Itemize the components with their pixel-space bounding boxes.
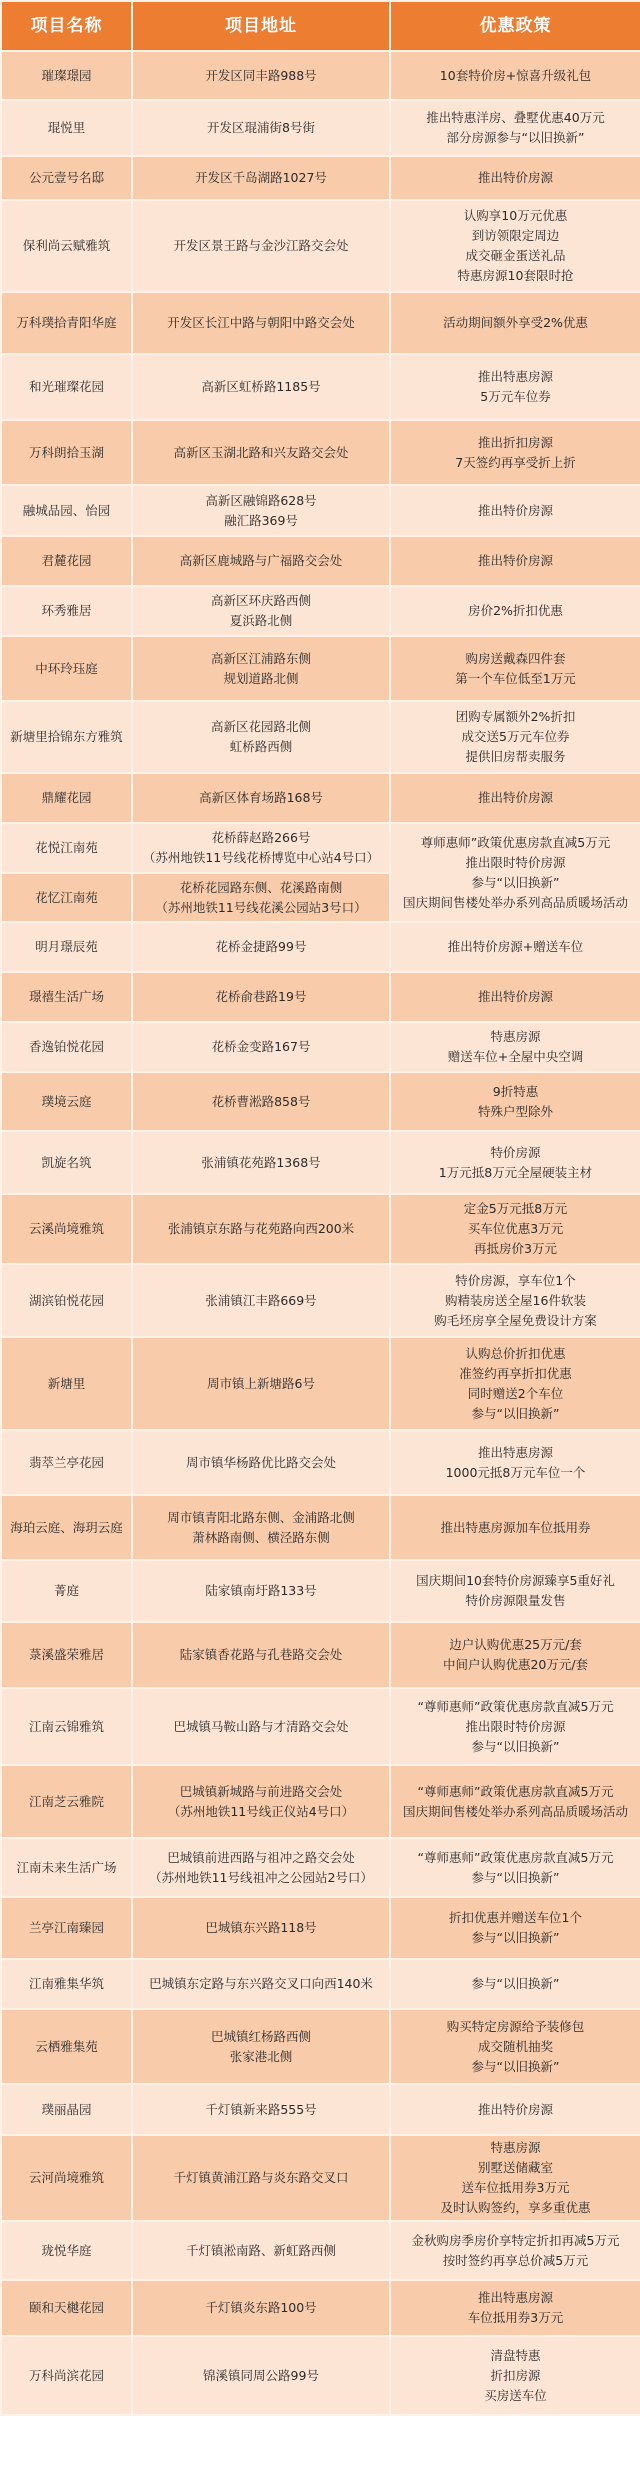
- project-name-cell: 江南云锦雅筑: [1, 1688, 132, 1765]
- table-row: 公元壹号名邸开发区千岛湖路1027号推出特价房源: [1, 156, 640, 200]
- table-row: 兰亭江南臻园巴城镇东兴路118号折扣优惠并赠送车位1个 参与“以旧换新”: [1, 1897, 640, 1959]
- promotion-policy-cell: 特惠房源 赠送车位+全屋中央空调: [390, 1022, 640, 1072]
- project-name-cell: 菉溪盛荣雅居: [1, 1622, 132, 1688]
- project-address-cell: 花桥曹淞路858号: [132, 1072, 390, 1131]
- header-row: 项目名称 项目地址 优惠政策: [1, 1, 640, 51]
- header-project-address: 项目地址: [132, 1, 390, 51]
- table-row: 湖滨铂悦花园张浦镇江丰路669号特价房源，享车位1个 购精装房送全屋16件软装 …: [1, 1264, 640, 1337]
- promotion-policy-cell: 推出特惠房源加车位抵用券: [390, 1495, 640, 1560]
- project-address-cell: 千灯镇新来路555号: [132, 2084, 390, 2135]
- project-name-cell: 璞丽晶园: [1, 2084, 132, 2135]
- project-address-cell: 花桥俞巷路19号: [132, 972, 390, 1022]
- promotion-policy-cell: 推出特惠洋房、叠墅优惠40万元 部分房源参与“以旧换新”: [390, 100, 640, 156]
- project-address-cell: 高新区环庆路西侧 夏浜路北侧: [132, 586, 390, 636]
- project-name-cell: 湖滨铂悦花园: [1, 1264, 132, 1337]
- project-address-cell: 高新区花园路北侧 虹桥路西侧: [132, 701, 390, 773]
- project-address-cell: 高新区虹桥路1185号: [132, 354, 390, 420]
- project-address-cell: 花桥金捷路99号: [132, 922, 390, 972]
- table-row: 璞丽晶园千灯镇新来路555号推出特价房源: [1, 2084, 640, 2135]
- project-name-cell: 璀璨璟园: [1, 51, 132, 100]
- project-name-cell: 颐和天樾花园: [1, 2280, 132, 2336]
- header-promotion-policy: 优惠政策: [390, 1, 640, 51]
- project-address-cell: 张浦镇花苑路1368号: [132, 1131, 390, 1194]
- promotion-policy-cell: 清盘特惠 折扣房源 买房送车位: [390, 2336, 640, 2415]
- table-row: 凯旋名筑张浦镇花苑路1368号特价房源 1万元抵8万元全屋硬装主材: [1, 1131, 640, 1194]
- project-address-cell: 周市镇青阳北路东侧、金浦路北侧 萧林路南侧、横泾路东侧: [132, 1495, 390, 1560]
- project-name-cell: 云溪尚境雅筑: [1, 1194, 132, 1264]
- promotion-policy-cell: 推出特惠房源 5万元车位券: [390, 354, 640, 420]
- project-address-cell: 张浦镇京东路与花苑路向西200米: [132, 1194, 390, 1264]
- promotion-policy-cell: 购买特定房源给予装修包 成交随机抽奖 参与“以旧换新”: [390, 2009, 640, 2084]
- project-address-cell: 花桥薛赵路266号 （苏州地铁11号线花桥博览中心站4号口）: [132, 823, 390, 873]
- promotion-policy-cell: 推出特惠房源 1000元抵8万元车位一个: [390, 1430, 640, 1495]
- table-row: 颐和天樾花园千灯镇炎东路100号推出特惠房源 车位抵用券3万元: [1, 2280, 640, 2336]
- project-address-cell: 陆家镇南圩路133号: [132, 1560, 390, 1622]
- project-address-cell: 开发区长江中路与朝阳中路交会处: [132, 292, 390, 354]
- table-row: 保利尚云赋雅筑开发区景王路与金沙江路交会处认购享10万元优惠 到访领限定周边 成…: [1, 200, 640, 292]
- project-name-cell: 凯旋名筑: [1, 1131, 132, 1194]
- project-address-cell: 张浦镇江丰路669号: [132, 1264, 390, 1337]
- promotion-policy-cell: 参与“以旧换新”: [390, 1959, 640, 2009]
- project-name-cell: 璞境云庭: [1, 1072, 132, 1131]
- promotion-policy-cell: 推出特价房源+赠送车位: [390, 922, 640, 972]
- table-row: 江南未来生活广场巴城镇前进西路与祖冲之路交会处 （苏州地铁11号线祖冲之公园站2…: [1, 1838, 640, 1897]
- project-name-cell: 保利尚云赋雅筑: [1, 200, 132, 292]
- project-address-cell: 巴城镇红杨路西侧 张家港北侧: [132, 2009, 390, 2084]
- table-row: 万科璞拾青阳华庭开发区长江中路与朝阳中路交会处活动期间额外享受2%优惠: [1, 292, 640, 354]
- promotion-table: 项目名称 项目地址 优惠政策 璀璨璟园开发区同丰路988号10套特价房+惊喜升级…: [0, 0, 640, 2416]
- table-row: 江南芝云雅院巴城镇新城路与前进路交会处 （苏州地铁11号线正仪站4号口）“尊师惠…: [1, 1765, 640, 1838]
- project-address-cell: 开发区景王路与金沙江路交会处: [132, 200, 390, 292]
- promotion-policy-cell: 推出特价房源: [390, 2084, 640, 2135]
- promotion-policy-cell: 购房送戴森四件套 第一个车位低至1万元: [390, 636, 640, 701]
- project-address-cell: 高新区玉湖北路和兴友路交会处: [132, 420, 390, 485]
- table-row: 香逸铂悦花园花桥金变路167号特惠房源 赠送车位+全屋中央空调: [1, 1022, 640, 1072]
- project-name-cell: 新塘里拾锦东方雅筑: [1, 701, 132, 773]
- project-name-cell: 江南雅集华筑: [1, 1959, 132, 2009]
- table-row: 翡萃兰亭花园周市镇华杨路优比路交会处推出特惠房源 1000元抵8万元车位一个: [1, 1430, 640, 1495]
- project-address-cell: 高新区江浦路东侧 规划道路北侧: [132, 636, 390, 701]
- promotion-policy-cell: 推出特价房源: [390, 156, 640, 200]
- project-name-cell: 翡萃兰亭花园: [1, 1430, 132, 1495]
- table-row: 海珀云庭、海玥云庭周市镇青阳北路东侧、金浦路北侧 萧林路南侧、横泾路东侧推出特惠…: [1, 1495, 640, 1560]
- project-address-cell: 千灯镇淞南路、新虹路西侧: [132, 2221, 390, 2280]
- project-address-cell: 开发区千岛湖路1027号: [132, 156, 390, 200]
- table-row: 江南雅集华筑巴城镇东定路与东兴路交叉口向西140米参与“以旧换新”: [1, 1959, 640, 2009]
- table-row: 新塘里拾锦东方雅筑高新区花园路北侧 虹桥路西侧团购专属额外2%折扣 成交送5万元…: [1, 701, 640, 773]
- promotion-policy-cell: 9折特惠 特殊户型除外: [390, 1072, 640, 1131]
- project-address-cell: 花桥花园路东侧、花溪路南侧 （苏州地铁11号线花溪公园站3号口）: [132, 873, 390, 922]
- promotion-policy-cell: 特惠房源 别墅送储藏室 送车位抵用券3万元 及时认购签约，享多重优惠: [390, 2135, 640, 2221]
- project-address-cell: 开发区琨浦街8号街: [132, 100, 390, 156]
- project-name-cell: 花悦江南苑: [1, 823, 132, 873]
- table-row: 花悦江南苑花桥薛赵路266号 （苏州地铁11号线花桥博览中心站4号口）尊师惠师”…: [1, 823, 640, 873]
- table-row: 琨悦里开发区琨浦街8号街推出特惠洋房、叠墅优惠40万元 部分房源参与“以旧换新”: [1, 100, 640, 156]
- promotion-policy-cell: 团购专属额外2%折扣 成交送5万元车位券 提供旧房帮卖服务: [390, 701, 640, 773]
- project-name-cell: 和光璀璨花园: [1, 354, 132, 420]
- project-name-cell: 璟禧生活广场: [1, 972, 132, 1022]
- project-name-cell: 明月璟辰苑: [1, 922, 132, 972]
- project-address-cell: 巴城镇东定路与东兴路交叉口向西140米: [132, 1959, 390, 2009]
- project-name-cell: 兰亭江南臻园: [1, 1897, 132, 1959]
- table-row: 璟禧生活广场花桥俞巷路19号推出特价房源: [1, 972, 640, 1022]
- promotion-policy-cell: 认购享10万元优惠 到访领限定周边 成交砸金蛋送礼品 特惠房源10套限时抢: [390, 200, 640, 292]
- project-name-cell: 君麓花园: [1, 536, 132, 586]
- project-name-cell: 融城品园、怡园: [1, 485, 132, 536]
- project-name-cell: 海珀云庭、海玥云庭: [1, 1495, 132, 1560]
- project-address-cell: 开发区同丰路988号: [132, 51, 390, 100]
- project-name-cell: 公元壹号名邸: [1, 156, 132, 200]
- project-name-cell: 鼎耀花园: [1, 773, 132, 823]
- promotion-policy-cell: 推出特价房源: [390, 773, 640, 823]
- table-row: 新塘里周市镇上新塘路6号认购总价折扣优惠 准签约再享折扣优惠 同时赠送2个车位 …: [1, 1337, 640, 1430]
- project-name-cell: 江南芝云雅院: [1, 1765, 132, 1838]
- promotion-policy-cell: 金秋购房季房价享特定折扣再减5万元 按时签约再享总价减5万元: [390, 2221, 640, 2280]
- table-body: 璀璨璟园开发区同丰路988号10套特价房+惊喜升级礼包琨悦里开发区琨浦街8号街推…: [1, 51, 640, 2415]
- table-row: 云溪尚境雅筑张浦镇京东路与花苑路向西200米定金5万元抵8万元 买车位优惠3万元…: [1, 1194, 640, 1264]
- table-row: 明月璟辰苑花桥金捷路99号推出特价房源+赠送车位: [1, 922, 640, 972]
- table-row: 鼎耀花园高新区体育场路168号推出特价房源: [1, 773, 640, 823]
- project-address-cell: 巴城镇马鞍山路与才清路交会处: [132, 1688, 390, 1765]
- promotion-policy-cell: “尊师惠师”政策优惠房款直减5万元 参与“以旧换新”: [390, 1838, 640, 1897]
- table-row: 万科朗拾玉湖高新区玉湖北路和兴友路交会处推出折扣房源 7天签约再享受折上折: [1, 420, 640, 485]
- project-name-cell: 云河尚境雅筑: [1, 2135, 132, 2221]
- promotion-policy-cell: 推出特惠房源 车位抵用券3万元: [390, 2280, 640, 2336]
- promotion-policy-cell: “尊师惠师”政策优惠房款直减5万元 国庆期间售楼处举办系列高品质暖场活动: [390, 1765, 640, 1838]
- table-row: 璞境云庭花桥曹淞路858号9折特惠 特殊户型除外: [1, 1072, 640, 1131]
- promotion-policy-cell: 推出特价房源: [390, 485, 640, 536]
- project-address-cell: 周市镇华杨路优比路交会处: [132, 1430, 390, 1495]
- table-row: 云栖雅集苑巴城镇红杨路西侧 张家港北侧购买特定房源给予装修包 成交随机抽奖 参与…: [1, 2009, 640, 2084]
- project-address-cell: 千灯镇黄浦江路与炎东路交叉口: [132, 2135, 390, 2221]
- project-name-cell: 琨悦里: [1, 100, 132, 156]
- promotion-policy-cell: 推出折扣房源 7天签约再享受折上折: [390, 420, 640, 485]
- project-address-cell: 陆家镇香花路与孔巷路交会处: [132, 1622, 390, 1688]
- promotion-policy-cell: 房价2%折扣优惠: [390, 586, 640, 636]
- project-name-cell: 花忆江南苑: [1, 873, 132, 922]
- project-address-cell: 巴城镇东兴路118号: [132, 1897, 390, 1959]
- table-row: 云河尚境雅筑千灯镇黄浦江路与炎东路交叉口特惠房源 别墅送储藏室 送车位抵用券3万…: [1, 2135, 640, 2221]
- project-name-cell: 云栖雅集苑: [1, 2009, 132, 2084]
- project-address-cell: 锦溪镇同周公路99号: [132, 2336, 390, 2415]
- project-address-cell: 高新区体育场路168号: [132, 773, 390, 823]
- promotion-policy-cell: 活动期间额外享受2%优惠: [390, 292, 640, 354]
- project-address-cell: 千灯镇炎东路100号: [132, 2280, 390, 2336]
- promotion-policy-cell: “尊师惠师”政策优惠房款直减5万元 推出限时特价房源 参与“以旧换新”: [390, 1688, 640, 1765]
- table-row: 环秀雅居高新区环庆路西侧 夏浜路北侧房价2%折扣优惠: [1, 586, 640, 636]
- promotion-policy-cell: 定金5万元抵8万元 买车位优惠3万元 再抵房价3万元: [390, 1194, 640, 1264]
- project-name-cell: 环秀雅居: [1, 586, 132, 636]
- table-row: 菉溪盛荣雅居陆家镇香花路与孔巷路交会处边户认购优惠25万元/套 中间户认购优惠2…: [1, 1622, 640, 1688]
- table-row: 和光璀璨花园高新区虹桥路1185号推出特惠房源 5万元车位券: [1, 354, 640, 420]
- project-name-cell: 新塘里: [1, 1337, 132, 1430]
- project-address-cell: 高新区融锦路628号 融汇路369号: [132, 485, 390, 536]
- promotion-policy-cell: 10套特价房+惊喜升级礼包: [390, 51, 640, 100]
- project-name-cell: 江南未来生活广场: [1, 1838, 132, 1897]
- table-row: 菁庭陆家镇南圩路133号国庆期间10套特价房源臻享5重好礼 特价房源限量发售: [1, 1560, 640, 1622]
- table-row: 江南云锦雅筑巴城镇马鞍山路与才清路交会处“尊师惠师”政策优惠房款直减5万元 推出…: [1, 1688, 640, 1765]
- project-name-cell: 万科璞拾青阳华庭: [1, 292, 132, 354]
- project-address-cell: 巴城镇前进西路与祖冲之路交会处 （苏州地铁11号线祖冲之公园站2号口）: [132, 1838, 390, 1897]
- project-address-cell: 高新区鹿城路与广福路交会处: [132, 536, 390, 586]
- table-row: 万科尚滨花园锦溪镇同周公路99号清盘特惠 折扣房源 买房送车位: [1, 2336, 640, 2415]
- table-row: 璀璨璟园开发区同丰路988号10套特价房+惊喜升级礼包: [1, 51, 640, 100]
- promotion-policy-cell: 推出特价房源: [390, 972, 640, 1022]
- table-row: 珑悦华庭千灯镇淞南路、新虹路西侧金秋购房季房价享特定折扣再减5万元 按时签约再享…: [1, 2221, 640, 2280]
- promotion-policy-cell: 边户认购优惠25万元/套 中间户认购优惠20万元/套: [390, 1622, 640, 1688]
- project-name-cell: 菁庭: [1, 1560, 132, 1622]
- project-address-cell: 周市镇上新塘路6号: [132, 1337, 390, 1430]
- project-name-cell: 万科朗拾玉湖: [1, 420, 132, 485]
- promotion-policy-cell: 尊师惠师”政策优惠房款直减5万元 推出限时特价房源 参与“以旧换新” 国庆期间售…: [390, 823, 640, 922]
- promotion-policy-cell: 折扣优惠并赠送车位1个 参与“以旧换新”: [390, 1897, 640, 1959]
- table-row: 君麓花园高新区鹿城路与广福路交会处推出特价房源: [1, 536, 640, 586]
- header-project-name: 项目名称: [1, 1, 132, 51]
- table-row: 中环玲珏庭高新区江浦路东侧 规划道路北侧购房送戴森四件套 第一个车位低至1万元: [1, 636, 640, 701]
- project-name-cell: 珑悦华庭: [1, 2221, 132, 2280]
- project-address-cell: 巴城镇新城路与前进路交会处 （苏州地铁11号线正仪站4号口）: [132, 1765, 390, 1838]
- project-name-cell: 中环玲珏庭: [1, 636, 132, 701]
- promotion-policy-cell: 特价房源 1万元抵8万元全屋硬装主材: [390, 1131, 640, 1194]
- table-row: 融城品园、怡园高新区融锦路628号 融汇路369号推出特价房源: [1, 485, 640, 536]
- project-address-cell: 花桥金变路167号: [132, 1022, 390, 1072]
- project-name-cell: 万科尚滨花园: [1, 2336, 132, 2415]
- promotion-policy-cell: 认购总价折扣优惠 准签约再享折扣优惠 同时赠送2个车位 参与“以旧换新”: [390, 1337, 640, 1430]
- promotion-policy-cell: 国庆期间10套特价房源臻享5重好礼 特价房源限量发售: [390, 1560, 640, 1622]
- promotion-policy-cell: 推出特价房源: [390, 536, 640, 586]
- promotion-policy-cell: 特价房源，享车位1个 购精装房送全屋16件软装 购毛坯房享全屋免费设计方案: [390, 1264, 640, 1337]
- project-name-cell: 香逸铂悦花园: [1, 1022, 132, 1072]
